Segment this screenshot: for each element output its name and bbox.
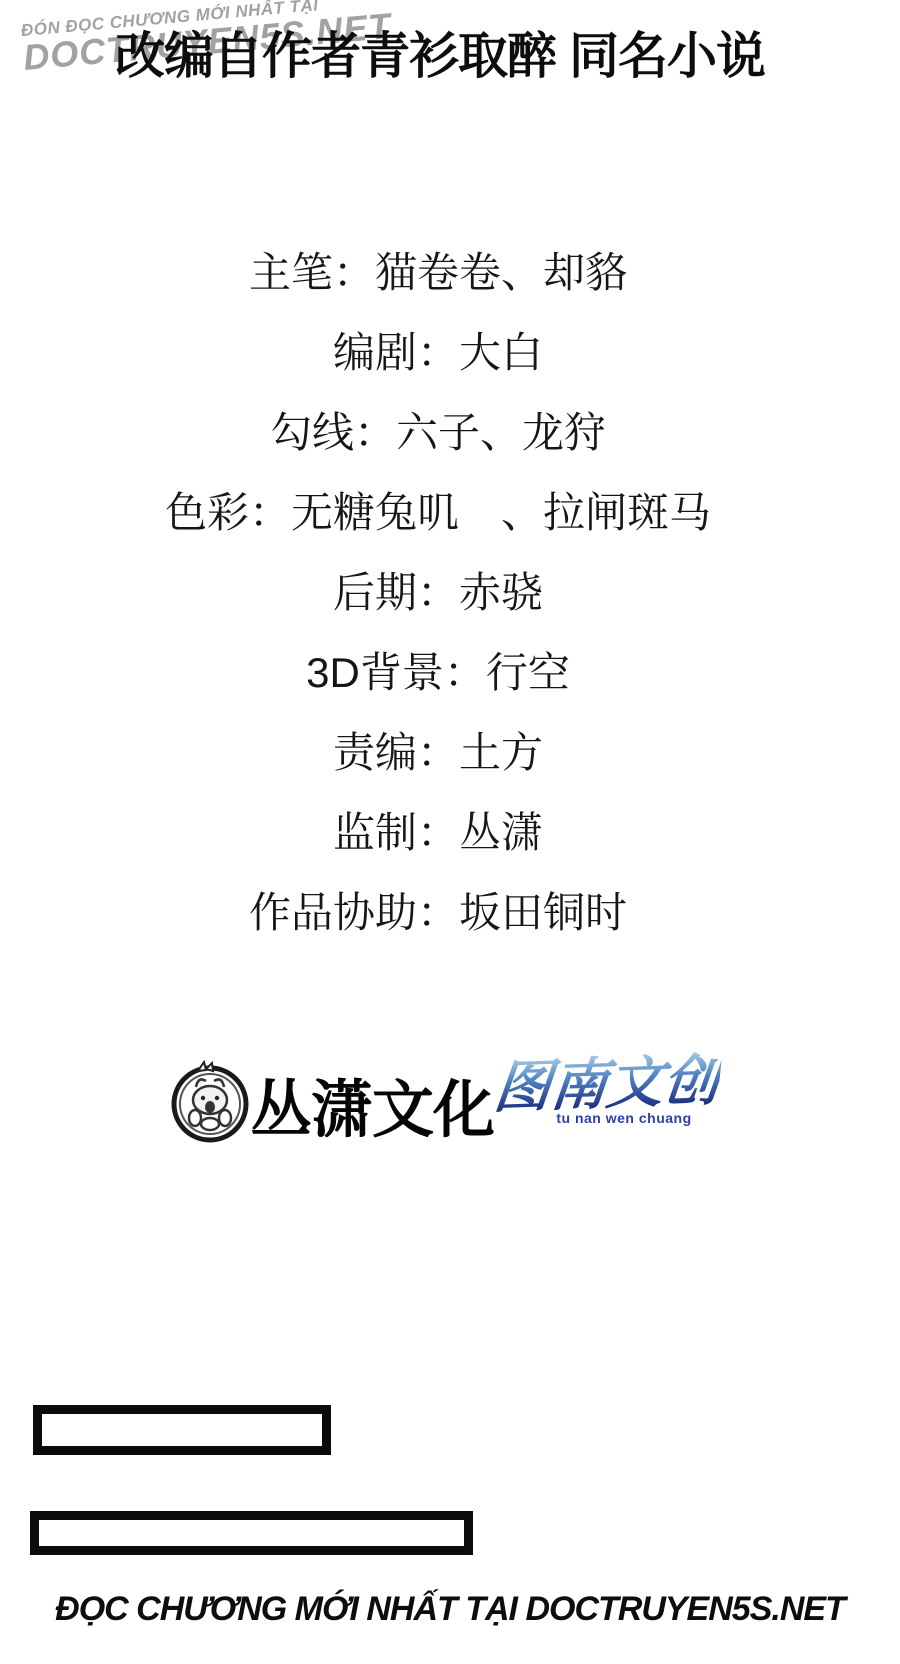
empty-caption-box-1 <box>33 1405 331 1455</box>
empty-caption-box-2 <box>30 1511 473 1555</box>
credit-line-screenwriter: 编剧：大白 <box>0 313 888 393</box>
footer-site-banner: ĐỌC CHƯƠNG MỚI NHẤT TẠI DOCTRUYEN5S.NET <box>0 1590 900 1629</box>
credit-line-coloring: 色彩：无糖兔叽 、拉闸斑马 <box>0 473 888 553</box>
credit-line-assistance: 作品协助：坂田铜时 <box>0 873 888 953</box>
credit-line-supervisor: 监制：丛潇 <box>0 793 888 873</box>
credit-line-inking: 勾线：六子、龙狩 <box>0 393 888 473</box>
tunan-logo-text: 图南文创 <box>491 1050 722 1119</box>
credit-line-3d-background: 3D背景：行空 <box>0 633 888 713</box>
credit-line-lead-artist: 主笔：猫卷卷、却貉 <box>0 233 888 313</box>
congxiao-logo-text: 丛潇文化 <box>250 1060 494 1149</box>
cat-mascot-icon <box>168 1060 252 1149</box>
credits-list: 主笔：猫卷卷、却貉 编剧：大白 勾线：六子、龙狩 色彩：无糖兔叽 、拉闸斑马 后… <box>0 233 888 953</box>
congxiao-culture-logo: 丛潇文化 <box>168 1060 494 1149</box>
page-title: 改编自作者青衫取醉 同名小说 <box>0 16 890 88</box>
tunan-wenchuang-logo: 图南文创 tu nan wen chuang <box>495 1054 705 1126</box>
credit-line-editor: 责编：土方 <box>0 713 888 793</box>
credit-line-postprod: 后期：赤骁 <box>0 553 888 633</box>
